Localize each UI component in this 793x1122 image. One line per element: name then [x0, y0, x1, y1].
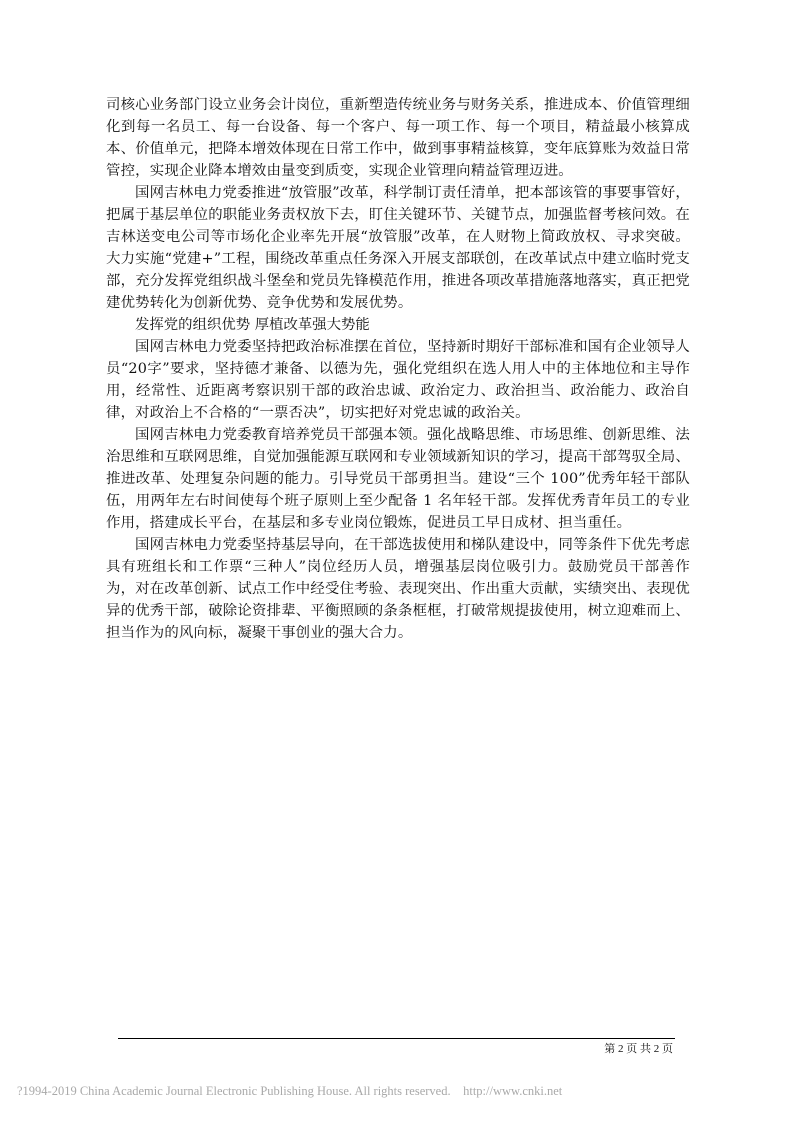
- page-number: 第 2 页 共 2 页: [604, 1040, 673, 1056]
- paragraph-reform-delegation: 国网吉林电力党委推进“放管服”改革，科学制订责任清单，把本部该管的事要事管好，把…: [106, 182, 690, 314]
- paragraph-cadre-training: 国网吉林电力党委教育培养党员干部强本领。强化战略思维、市场思维、创新思维、法治思…: [106, 424, 690, 534]
- paragraph-grassroots-orientation: 国网吉林电力党委坚持基层导向，在干部选拔使用和梯队建设中，同等条件下优先考虑具有…: [106, 534, 690, 644]
- paragraph-political-standard: 国网吉林电力党委坚持把政治标准摆在首位，坚持新时期好干部标准和国有企业领导人员“…: [106, 336, 690, 424]
- copyright-notice: ?1994-2019 China Academic Journal Electr…: [17, 1084, 562, 1099]
- paragraph-cost-management: 司核心业务部门设立业务会计岗位，重新塑造传统业务与财务关系，推进成本、价值管理细…: [106, 94, 690, 182]
- section-heading: 发挥党的组织优势 厚植改革强大势能: [106, 314, 690, 336]
- footer-divider: [118, 1038, 675, 1039]
- article-body: 司核心业务部门设立业务会计岗位，重新塑造传统业务与财务关系，推进成本、价值管理细…: [106, 94, 690, 644]
